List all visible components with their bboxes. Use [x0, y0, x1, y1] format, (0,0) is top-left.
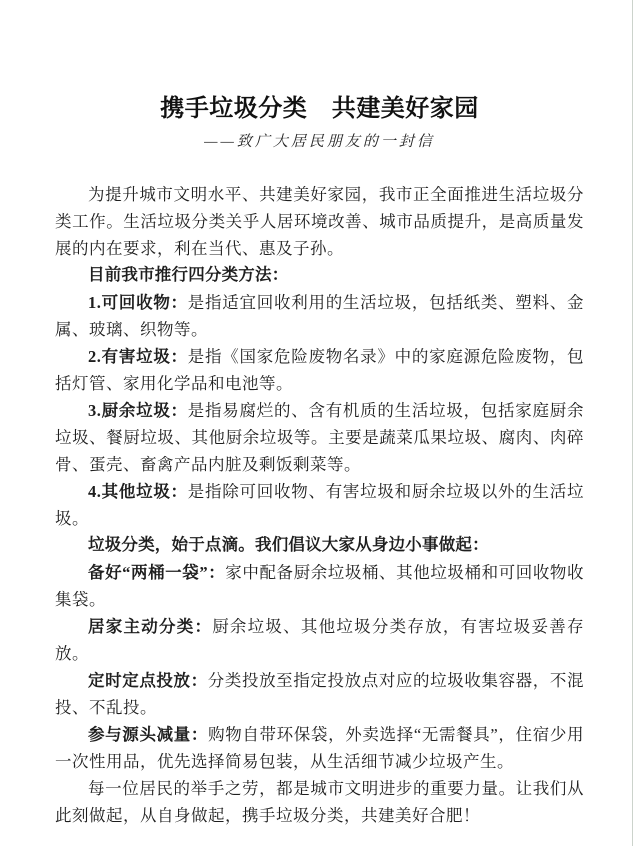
letter-paragraph: 4.其他垃圾：是指除可回收物、有害垃圾和厨余垃圾以外的生活垃圾。: [55, 478, 584, 532]
paragraph-text: 每一位居民的举手之劳，都是城市文明进步的重要力量。让我们从此刻做起，从自身做起，…: [55, 779, 584, 825]
document-page: 携手垃圾分类 共建美好家园 ——致广大居民朋友的一封信 为提升城市文明水平、共建…: [0, 0, 637, 846]
letter-paragraph: 3.厨余垃圾：是指易腐烂的、含有机质的生活垃圾，包括家庭厨余垃圾、餐厨垃圾、其他…: [55, 397, 584, 478]
paragraph-lead: 3.厨余垃圾：: [88, 401, 188, 420]
letter-paragraph: 为提升城市文明水平、共建美好家园，我市正全面推进生活垃圾分类工作。生活垃圾分类关…: [55, 181, 584, 262]
letter-paragraph: 居家主动分类：厨余垃圾、其他垃圾分类存放，有害垃圾妥善存放。: [55, 613, 584, 667]
letter-paragraph: 1.可回收物：是指适宜回收利用的生活垃圾，包括纸类、塑料、金属、玻璃、织物等。: [55, 289, 584, 343]
paragraph-lead: 2.有害垃圾：: [88, 347, 188, 366]
letter-paragraph-section-heading: 垃圾分类，始于点滴。我们倡议大家从身边小事做起：: [55, 532, 584, 559]
letter-content: 携手垃圾分类 共建美好家园 ——致广大居民朋友的一封信 为提升城市文明水平、共建…: [55, 94, 584, 829]
paragraph-lead: 居家主动分类：: [88, 617, 212, 636]
letter-paragraph: 备好“两桶一袋”：家中配备厨余垃圾桶、其他垃圾桶和可回收物收集袋。: [55, 559, 584, 613]
page-boundary-line: [632, 0, 633, 846]
letter-paragraph: 2.有害垃圾：是指《国家危险废物名录》中的家庭源危险废物，包括灯管、家用化学品和…: [55, 343, 584, 397]
letter-paragraph: 每一位居民的举手之劳，都是城市文明进步的重要力量。让我们从此刻做起，从自身做起，…: [55, 775, 584, 829]
letter-paragraph: 定时定点投放：分类投放至指定投放点对应的垃圾收集容器，不混投、不乱投。: [55, 667, 584, 721]
letter-body: 为提升城市文明水平、共建美好家园，我市正全面推进生活垃圾分类工作。生活垃圾分类关…: [55, 181, 584, 829]
paragraph-lead: 参与源头减量：: [88, 725, 208, 744]
paragraph-lead: 4.其他垃圾：: [88, 482, 188, 501]
paragraph-text: 目前我市推行四分类方法：: [88, 266, 288, 284]
paragraph-lead: 备好“两桶一袋”：: [88, 563, 225, 582]
letter-subtitle: ——致广大居民朋友的一封信: [55, 131, 584, 153]
paragraph-lead: 1.可回收物：: [88, 293, 188, 312]
letter-paragraph: 参与源头减量：购物自带环保袋，外卖选择“无需餐具”，住宿少用一次性用品，优先选择…: [55, 721, 584, 775]
paragraph-text: 垃圾分类，始于点滴。我们倡议大家从身边小事做起：: [88, 536, 489, 554]
letter-paragraph-section-heading: 目前我市推行四分类方法：: [55, 262, 584, 289]
paragraph-lead: 定时定点投放：: [88, 671, 208, 690]
letter-title: 携手垃圾分类 共建美好家园: [55, 94, 584, 124]
paragraph-text: 为提升城市文明水平、共建美好家园，我市正全面推进生活垃圾分类工作。生活垃圾分类关…: [55, 185, 584, 258]
